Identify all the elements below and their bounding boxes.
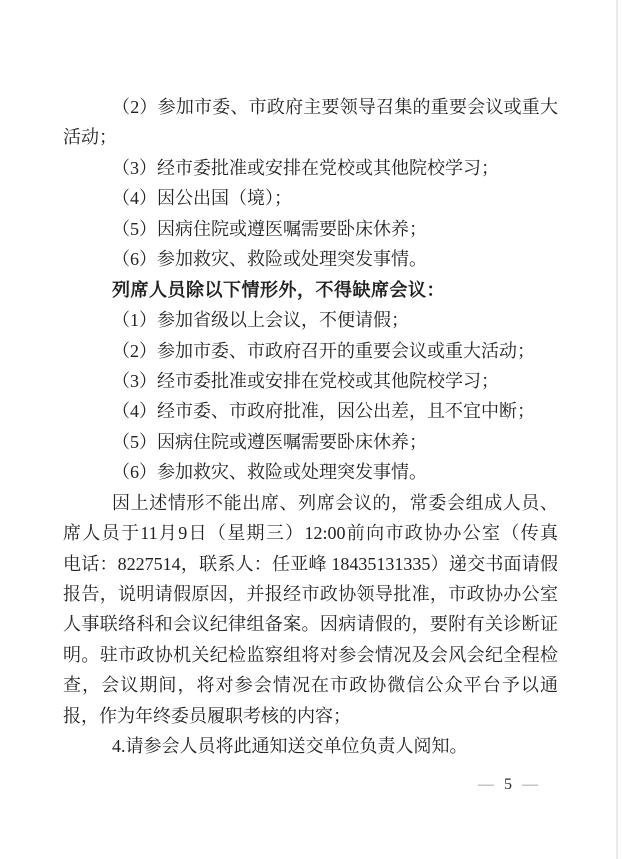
document-line: （4）经市委、市政府批准，因公出差，且不宜中断；: [63, 396, 558, 426]
document-line: （3）经市委批准或安排在党校或其他院校学习；: [63, 153, 558, 183]
page-number-dash-left: —: [478, 776, 494, 794]
document-body: （2）参加市委、市政府主要领导召集的重要会议或重大活动；（3）经市委批准或安排在…: [63, 92, 558, 762]
document-line: 席人员于11月9日（星期三）12:00前向市政协办公室（传真: [63, 518, 558, 548]
document-line: （4）因公出国（境）；: [63, 183, 558, 213]
page-number: — 5 —: [478, 776, 538, 794]
document-line: 报，作为年终委员履职考核的内容；: [63, 701, 558, 731]
document-line: （2）参加市委、市政府召开的重要会议或重大活动；: [63, 336, 558, 366]
document-line: （3）经市委批准或安排在党校或其他院校学习；: [63, 366, 558, 396]
document-line: 人事联络科和会议纪律组备案。因病请假的，要附有关诊断证: [63, 609, 558, 639]
document-line: （6）参加救灾、救险或处理突发事情。: [63, 244, 558, 274]
page-number-value: 5: [504, 776, 512, 794]
document-line: （6）参加救灾、救险或处理突发事情。: [63, 457, 558, 487]
document-line: （5）因病住院或遵医嘱需要卧床休养；: [63, 427, 558, 457]
document-line: 电话：8227514，联系人：任亚峰 18435131335）递交书面请假: [63, 549, 558, 579]
document-line: （2）参加市委、市政府主要领导召集的重要会议或重大: [63, 92, 558, 122]
document-line: （5）因病住院或遵医嘱需要卧床休养；: [63, 214, 558, 244]
document-line: 因上述情形不能出席、列席会议的，常委会组成人员、列: [63, 488, 558, 518]
document-line: 列席人员除以下情形外，不得缺席会议：: [63, 275, 558, 305]
document-page: （2）参加市委、市政府主要领导召集的重要会议或重大活动；（3）经市委批准或安排在…: [0, 0, 623, 859]
document-line: 报告，说明请假原因，并报经市政协领导批准，市政协办公室: [63, 579, 558, 609]
document-line: 4.请参会人员将此通知送交单位负责人阅知。: [63, 731, 558, 761]
document-line: 活动；: [63, 122, 558, 152]
page-number-dash-right: —: [522, 776, 538, 794]
document-line: 查，会议期间，将对参会情况在市政协微信公众平台予以通: [63, 670, 558, 700]
document-line: 明。驻市政协机关纪检监察组将对参会情况及会风会纪全程检: [63, 640, 558, 670]
document-line: （1）参加省级以上会议，不便请假；: [63, 305, 558, 335]
scan-edge-line: [616, 0, 618, 859]
